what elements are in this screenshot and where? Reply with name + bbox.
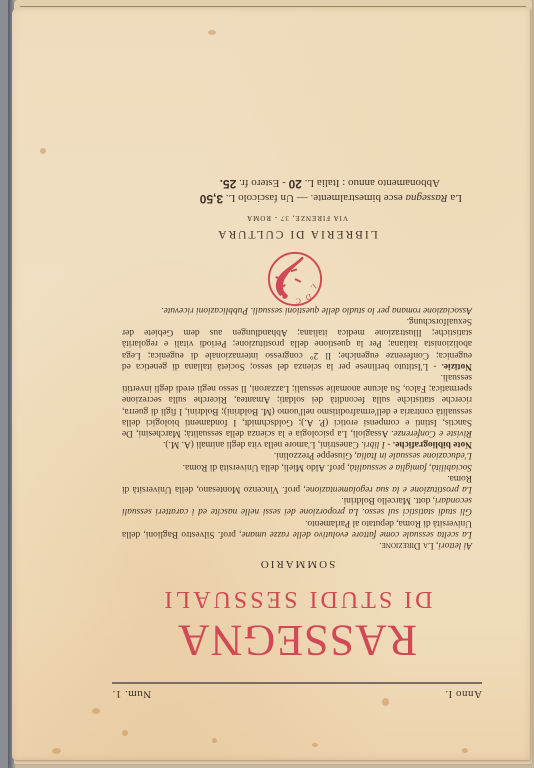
header-rule [112,682,482,684]
price-line-single-issue: La Rassegna esce bimestralmente. — Un fa… [132,191,462,206]
svg-text:C: C [296,296,301,305]
toc-entry: Notizie. - L'Istituto berlinese per la s… [122,315,472,371]
price-line-subscription: Abbonamento annuo : Italia L. 20 - Ester… [132,176,462,191]
journal-title: RASSEGNA [112,618,482,662]
toc-entry: L'educazione sessuale in Italia, Giusepp… [122,449,472,460]
toc-entry: La prostituzione e la sua regolamentazio… [122,472,472,494]
foxing-spot [52,748,61,754]
toc-entry: La scelta sessuale come fattore evolutiv… [122,516,472,538]
foxing-spot [462,748,468,753]
salamander-seal-icon: L D C [266,250,324,308]
foxing-spot [212,738,217,743]
svg-text:L: L [309,282,319,292]
table-of-contents: Ai lettori, La Direzione. La scelta sess… [122,304,472,550]
publisher-address: VIA FIRENZE, 37 - ROMA [112,214,482,222]
toc-entry: Gli studi statistici sul sesso. La propo… [122,494,472,516]
svg-text:D: D [304,292,313,303]
publisher-name: LIBRERIA DI CULTURA [112,228,482,240]
foxing-spot [92,708,100,714]
issue-header: Anno I. Num. 1. [112,688,482,700]
subscription-info: La Rassegna esce bimestralmente. — Un fa… [132,176,462,206]
magazine-cover: Anno I. Num. 1. RASSEGNA DI STUDI SESSUA… [12,8,530,760]
foxing-spot [208,30,216,35]
foxing-spot [40,148,46,154]
toc-entry: Ai lettori, La Direzione. [122,539,472,550]
foxing-spot [122,730,128,736]
issue-number: Num. 1. [112,688,151,700]
foxing-spot [312,743,318,747]
printed-content-upside-down: Anno I. Num. 1. RASSEGNA DI STUDI SESSUA… [112,80,482,700]
volume-label: Anno I. [445,688,482,700]
toc-entry: Sociabilità, famiglia e sessualità, prof… [122,460,472,471]
journal-subtitle: DI STUDI SESSUALI [112,586,482,612]
contents-heading: SOMMARIO [112,558,482,570]
toc-entry: Riviste e Conferenze. Assagioli, La psic… [122,371,472,438]
toc-entry: Note bibliografiche. - I libri. Canestri… [122,438,472,449]
